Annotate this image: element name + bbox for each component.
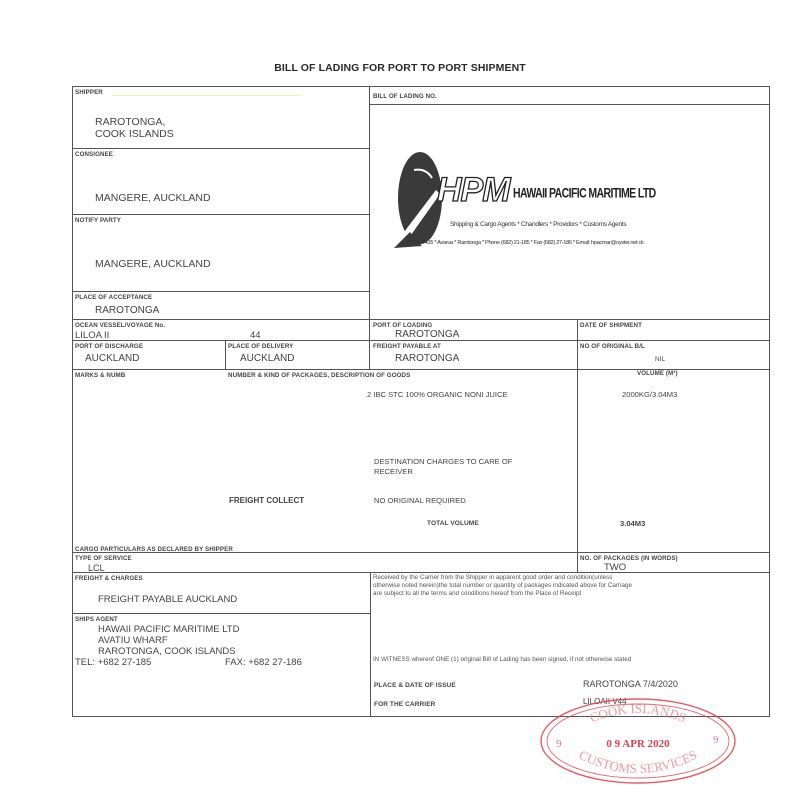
stamp-date: 0 9 APR 2020 — [606, 738, 670, 750]
no-original-required: NO ORIGINAL REQUIRED — [374, 496, 466, 505]
place-of-acceptance-label: PLACE OF ACCEPTANCE — [75, 294, 152, 301]
goods-description: 2 IBC STC 100% ORGANIC NONI JUICE — [367, 390, 508, 399]
divider — [577, 319, 578, 552]
ships-agent-name: HAWAII PACIFIC MARITIME LTD — [98, 624, 239, 635]
no-of-original-bl-value: NIL — [655, 356, 665, 363]
type-of-service-label: TYPE OF SERVICE — [75, 555, 132, 562]
freight-payable-at-label: FREIGHT PAYABLE AT — [373, 343, 441, 350]
divider — [72, 319, 770, 320]
place-of-acceptance-value: RAROTONGA — [95, 305, 159, 316]
svg-text:CUSTOMS SERVICES: CUSTOMS SERVICES — [577, 747, 699, 776]
witness-clause: IN WITNESS whereof ONE (1) original Bill… — [373, 656, 631, 663]
no-of-original-bl-label: NO OF ORIGINAL B/L — [580, 343, 645, 350]
frame-top — [72, 86, 770, 87]
total-volume-label: TOTAL VOLUME — [427, 520, 479, 527]
ships-agent-address-1: AVATIU WHARF — [98, 635, 168, 646]
freight-collect: FREIGHT COLLECT — [229, 496, 304, 505]
customs-stamp-icon: COOK ISLANDS CUSTOMS SERVICES 0 9 APR 20… — [538, 695, 738, 787]
vessel-name: LILOA II — [75, 330, 109, 341]
divider — [72, 214, 370, 215]
stamp-top-text: COOK ISLANDS — [588, 701, 689, 725]
marks-label: MARKS & NUMB — [75, 372, 125, 379]
notify-party-label: NOTIFY PARTY — [75, 217, 121, 224]
logo-company-name: HAWAII PACIFIC MARITIME LTD — [513, 186, 656, 202]
place-date-of-issue-label: PLACE & DATE OF ISSUE — [374, 682, 456, 689]
stamp-side-mark-left: 9 — [556, 738, 562, 750]
shipper-line-1: RAROTONGA, — [95, 116, 165, 128]
logo-mark: HPM — [437, 171, 510, 210]
destination-note-line-2: RECEIVER — [374, 467, 413, 476]
ocean-vessel-label: OCEAN VESSEL/VOYAGE No. — [75, 322, 165, 329]
ships-agent-fax: FAX: +682 27-186 — [225, 657, 302, 668]
customs-stamp: COOK ISLANDS CUSTOMS SERVICES 0 9 APR 20… — [538, 695, 738, 792]
shipper-line-2: COOK ISLANDS — [95, 128, 174, 140]
divider — [370, 104, 770, 105]
port-of-loading-label: PORT OF LOADING — [373, 322, 432, 329]
place-of-delivery-label: PLACE OF DELIVERY — [228, 343, 293, 350]
divider — [370, 572, 371, 716]
frame-right — [769, 86, 770, 717]
svg-text:COOK ISLANDS: COOK ISLANDS — [588, 701, 689, 725]
freight-charges-value: FREIGHT PAYABLE AUCKLAND — [98, 594, 237, 605]
bill-of-lading-no-label: BILL OF LADING NO. — [373, 93, 437, 100]
notify-party-value: MANGERE, AUCKLAND — [95, 258, 211, 270]
receipt-clause-line-1: Received by the Carrier from the Shipper… — [373, 574, 612, 581]
stamp-side-mark-right: 9 — [713, 734, 719, 746]
freight-charges-label: FREIGHT & CHARGES — [75, 575, 143, 582]
total-volume-value: 3.04M3 — [620, 519, 645, 528]
stamp-bottom-text: CUSTOMS SERVICES — [577, 747, 699, 776]
shipper-label: SHIPPER — [75, 89, 103, 96]
divider — [72, 291, 370, 292]
divider — [72, 613, 370, 614]
divider — [369, 86, 370, 370]
receipt-clause-line-3: are subject to all the terms and conditi… — [373, 590, 581, 597]
description-label: NUMBER & KIND OF PACKAGES, DESCRIPTION O… — [228, 372, 410, 379]
frame-left — [72, 86, 73, 717]
logo-tagline: Shipping & Cargo Agents * Chandlers * Pr… — [450, 221, 626, 228]
divider — [577, 552, 578, 572]
date-of-shipment-label: DATE OF SHIPMENT — [580, 322, 642, 329]
ships-agent-address-2: RAROTONGA, COOK ISLANDS — [98, 646, 236, 657]
place-date-of-issue-value: RAROTONGA 7/4/2020 — [583, 679, 678, 689]
place-of-delivery-value: AUCKLAND — [240, 353, 294, 364]
divider — [72, 340, 770, 341]
ships-agent-label: SHIPS AGENT — [75, 616, 118, 623]
document-title: BILL OF LADING FOR PORT TO PORT SHIPMENT — [0, 62, 800, 74]
cargo-particulars-label: CARGO PARTICULARS AS DECLARED BY SHIPPER — [75, 546, 233, 553]
divider — [72, 148, 370, 149]
ships-agent-tel: TEL: +682 27-185 — [75, 657, 151, 668]
logo-address: PO Box 435 * Avarua * Rarotonga * Phone … — [406, 240, 643, 246]
receipt-clause-line-2: otherwise noted herein)the total number … — [373, 582, 632, 589]
freight-payable-at-value: RAROTONGA — [395, 353, 459, 364]
type-of-service-value: LCL — [88, 563, 105, 573]
consignee-value: MANGERE, AUCKLAND — [95, 192, 211, 204]
goods-volume: 2000KG/3.04M3 — [622, 390, 677, 399]
port-of-discharge-value: AUCKLAND — [85, 353, 139, 364]
no-of-packages-label: NO. OF PACKAGES (IN WORDS) — [580, 555, 678, 562]
divider — [225, 340, 226, 369]
voyage-number: 44 — [250, 330, 261, 341]
port-of-discharge-label: PORT OF DISCHARGE — [75, 343, 143, 350]
no-of-packages-value: TWO — [604, 562, 626, 573]
for-the-carrier-label: FOR THE CARRIER — [374, 701, 435, 708]
volume-label: VOLUME (M³) — [637, 370, 678, 377]
port-of-loading-value: RAROTONGA — [395, 329, 459, 340]
consignee-label: CONSIGNEE — [75, 151, 113, 158]
highlight-line — [112, 95, 302, 96]
divider — [72, 572, 770, 573]
destination-note-line-1: DESTINATION CHARGES TO CARE OF — [374, 457, 512, 466]
